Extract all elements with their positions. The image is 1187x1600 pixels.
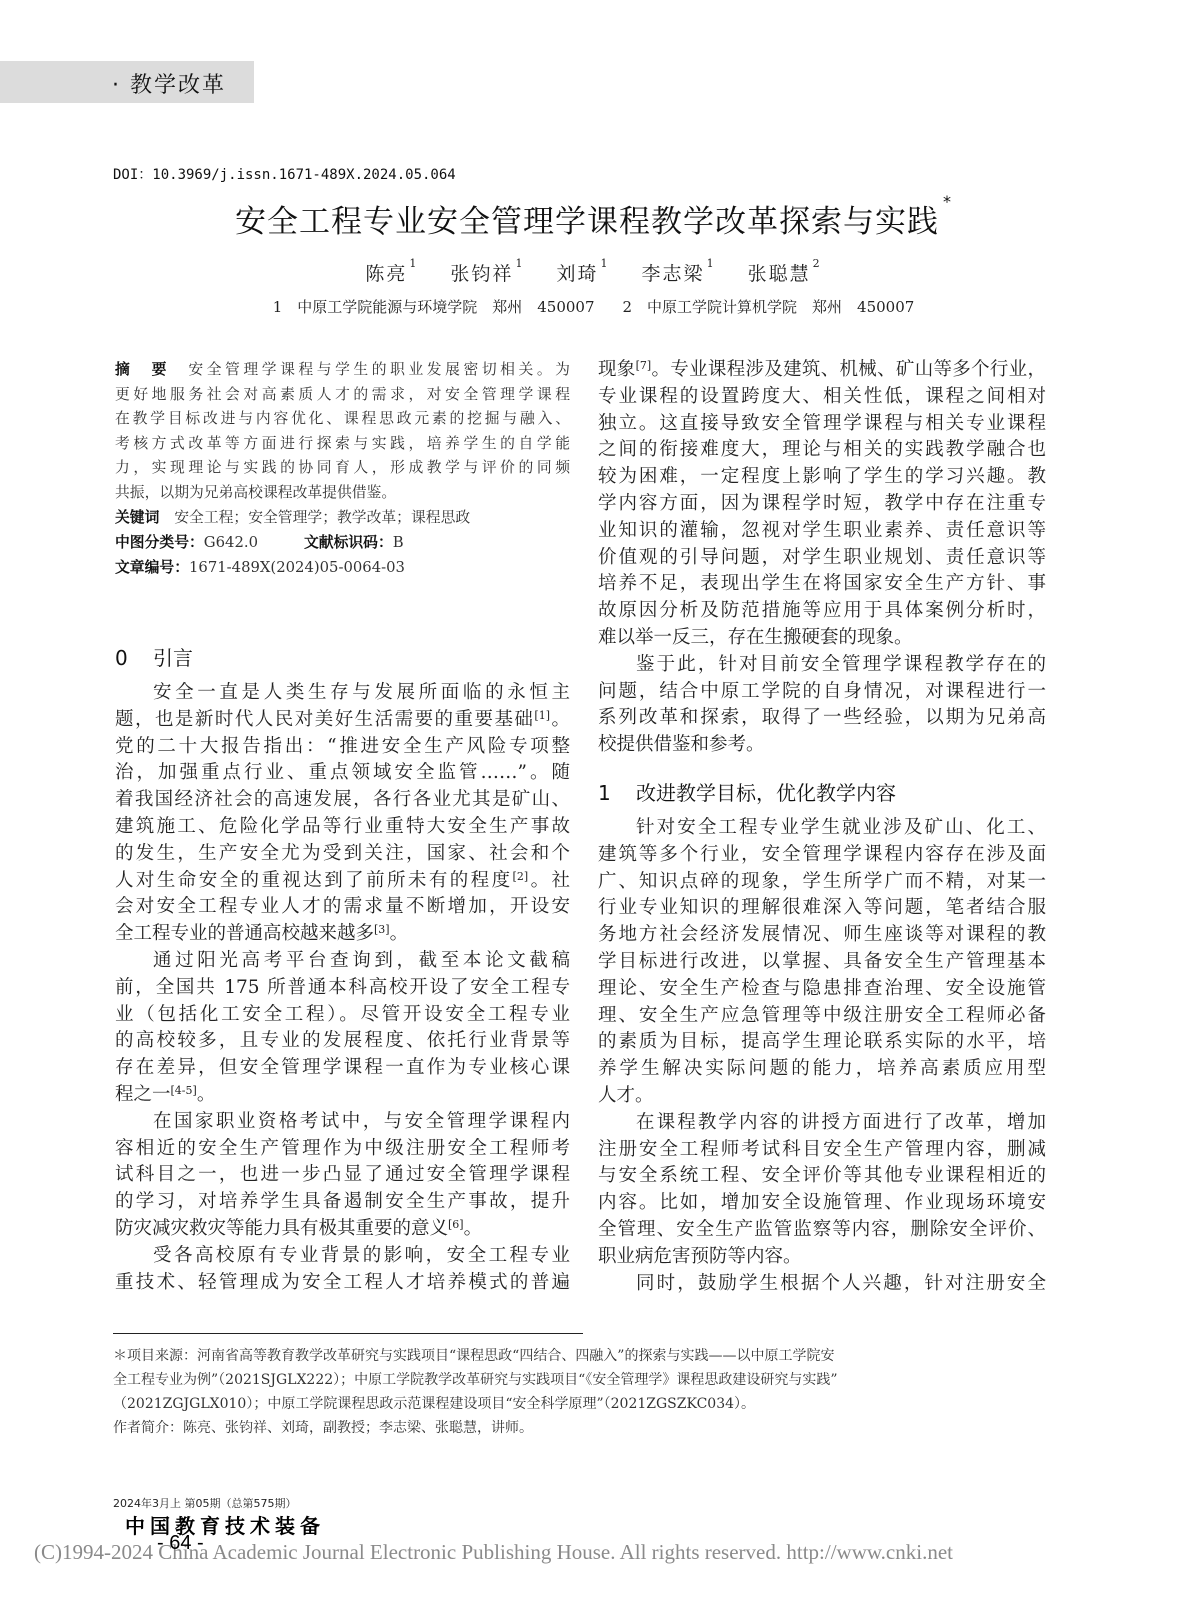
body-text: 问题，结合中原工学院的自身情况，对课程进行一 bbox=[598, 681, 1046, 702]
body-text: 。 bbox=[197, 1084, 216, 1105]
body-text-line: 培养不足，表现出学生在将国家安全生产方针、事 bbox=[598, 571, 1046, 598]
author-name: 陈亮 bbox=[365, 263, 407, 285]
body-text: 注册安全工程师考试科目安全生产管理内容，删减 bbox=[598, 1139, 1046, 1160]
body-text: 前，全国共 175 所普通本科高校开设了安全工程专 bbox=[115, 977, 570, 998]
body-text: 防灾减灾救灾等能力具有极其重要的意义 bbox=[115, 1218, 448, 1239]
section-category-band: · 教学改革 bbox=[0, 61, 254, 103]
right-body-a: 现象[7]。专业课程涉及建筑、机械、矿山等多个行业，专业课程的设置跨度大、相关性… bbox=[598, 357, 1046, 759]
body-text: 建筑施工、危险化学品等行业重特大安全生产事故 bbox=[115, 816, 570, 837]
section-title: 改进教学目标，优化教学内容 bbox=[636, 781, 896, 805]
body-text: 专业课程的设置跨度大、相关性低，课程之间相对 bbox=[598, 386, 1046, 407]
keywords-row: 关键词 安全工程；安全管理学；教学改革；课程思政 bbox=[115, 505, 570, 530]
keywords-value: 安全工程；安全管理学；教学改革；课程思政 bbox=[174, 509, 470, 526]
author: 张聪慧2 bbox=[748, 263, 822, 285]
affiliations: 1 中原工学院能源与环境学院 郑州 4500072 中原工学院计算机学院 郑州 … bbox=[0, 296, 1187, 317]
body-text: 试科目之一，也进一步凸显了通过安全管理学课程 bbox=[115, 1164, 570, 1185]
citation-ref: [3] bbox=[374, 923, 390, 936]
body-text: 存在差异，但安全管理学课程一直作为专业核心课 bbox=[115, 1057, 570, 1078]
body-text: 独立。这直接导致安全管理学课程与相关专业课程 bbox=[598, 413, 1046, 434]
body-text-line: 会对安全工程专业人才的需求量不断增加，开设安 bbox=[115, 894, 570, 921]
body-text: 务地方社会经济发展情况、师生座谈等对课程的教 bbox=[598, 924, 1046, 945]
author-name: 刘琦 bbox=[556, 263, 598, 285]
body-text-line: 防灾减灾救灾等能力具有极其重要的意义[6]。 bbox=[115, 1216, 570, 1243]
body-text: 重技术、轻管理成为安全工程人才培养模式的普遍 bbox=[115, 1272, 570, 1293]
left-body: 安全一直是人类生存与发展所面临的永恒主题，也是新时代人民对美好生活需要的重要基础… bbox=[115, 680, 570, 1296]
body-text: 理、安全生产应急管理等中级注册安全工程师必备 bbox=[598, 1005, 1046, 1026]
author-name: 张钧祥 bbox=[450, 263, 513, 285]
body-text-line: 同时，鼓励学生根据个人兴趣，针对注册安全 bbox=[598, 1271, 1046, 1298]
affiliation-1: 1 中原工学院能源与环境学院 郑州 450007 bbox=[273, 298, 595, 316]
body-text-line: 职业病危害预防等内容。 bbox=[598, 1244, 1046, 1271]
author-affiliation-mark: 2 bbox=[813, 257, 822, 270]
body-text-line: 全管理、安全生产监管监察等内容，删除安全评价、 bbox=[598, 1217, 1046, 1244]
abstract-line: 共振，以期为兄弟高校课程改革提供借鉴。 bbox=[115, 481, 570, 506]
funding-note-line: 全工程专业为例”（2021SJGLX222）；中原工学院教学改革研究与实践项目“… bbox=[113, 1369, 1043, 1389]
body-text: 的学习，对培养学生具备遏制安全生产事故，提升 bbox=[115, 1191, 570, 1212]
section-heading-0: 0引言 bbox=[115, 642, 193, 671]
body-text: 人才。 bbox=[598, 1085, 654, 1106]
body-text: 的高校较多，且专业的发展程度、依托行业背景等 bbox=[115, 1030, 570, 1051]
body-text: 的素质为目标，提高学生理论联系实际的水平，培 bbox=[598, 1031, 1046, 1052]
author-affiliation-mark: 1 bbox=[515, 257, 524, 270]
body-text-line: 较为困难，一定程度上影响了学生的学习兴趣。教 bbox=[598, 464, 1046, 491]
keywords-label: 关键词 bbox=[115, 509, 159, 526]
body-text: 现象 bbox=[598, 359, 636, 380]
body-text-line: 针对安全工程专业学生就业涉及矿山、化工、 bbox=[598, 815, 1046, 842]
article-title-text: 安全工程专业安全管理学课程教学改革探索与实践 bbox=[235, 204, 939, 240]
body-text: 同时，鼓励学生根据个人兴趣，针对注册安全 bbox=[636, 1273, 1046, 1294]
section-number: 1 bbox=[598, 781, 636, 805]
body-text-line: 受各高校原有专业背景的影响，安全工程专业 bbox=[115, 1243, 570, 1270]
body-text-line: 在课程教学内容的讲授方面进行了改革，增加 bbox=[598, 1110, 1046, 1137]
body-text-line: 试科目之一，也进一步凸显了通过安全管理学课程 bbox=[115, 1162, 570, 1189]
body-text: 的发生，生产安全尤为受到关注，国家、社会和个 bbox=[115, 843, 570, 864]
body-text-line: 行业专业知识的理解很难深入等问题，笔者结合服 bbox=[598, 895, 1046, 922]
body-text-line: 系列改革和探索，取得了一些经验，以期为兄弟高 bbox=[598, 705, 1046, 732]
issue-info: 2024年3月上 第05期（总第575期） bbox=[113, 1495, 296, 1511]
body-text: 之间的衔接难度大，理论与相关的实践教学融合也 bbox=[598, 439, 1046, 460]
footnote-separator bbox=[113, 1333, 583, 1334]
body-text: 校提供借鉴和参考。 bbox=[598, 734, 765, 755]
body-text-line: 前，全国共 175 所普通本科高校开设了安全工程专 bbox=[115, 975, 570, 1002]
body-text-line: 通过阳光高考平台查询到，截至本论文截稿 bbox=[115, 948, 570, 975]
body-text-line: 价值观的引导问题，对学生职业规划、责任意识等 bbox=[598, 545, 1046, 572]
citation-ref: [4-5] bbox=[171, 1084, 197, 1097]
body-text-line: 的素质为目标，提高学生理论联系实际的水平，培 bbox=[598, 1029, 1046, 1056]
body-text-line: 建筑等多个行业，安全管理学课程内容存在涉及面 bbox=[598, 842, 1046, 869]
body-text-line: 校提供借鉴和参考。 bbox=[598, 732, 1046, 759]
body-text: 学内容方面，因为课程学时短，教学中存在注重专 bbox=[598, 493, 1046, 514]
body-text-line: 存在差异，但安全管理学课程一直作为专业核心课 bbox=[115, 1055, 570, 1082]
body-text: 故原因分析及防范措施等应用于具体案例分析时， bbox=[598, 600, 1046, 621]
author-affiliation-mark: 1 bbox=[601, 257, 610, 270]
body-text-line: 问题，结合中原工学院的自身情况，对课程进行一 bbox=[598, 679, 1046, 706]
body-text: 。 bbox=[550, 709, 570, 730]
body-text-line: 故原因分析及防范措施等应用于具体案例分析时， bbox=[598, 598, 1046, 625]
body-text: 全工程专业的普通高校越来越多 bbox=[115, 923, 374, 944]
citation-ref: [2] bbox=[513, 870, 529, 883]
author: 陈亮1 bbox=[365, 263, 418, 285]
abstract-line: 摘 要 安全管理学课程与学生的职业发展密切相关。为 bbox=[115, 358, 570, 383]
body-text-line: 业知识的灌输，忽视对学生职业素养、责任意识等 bbox=[598, 518, 1046, 545]
body-text-line: 学目标进行改进，以掌握、具备安全生产管理基本 bbox=[598, 949, 1046, 976]
body-text-line: 鉴于此，针对目前安全管理学课程教学存在的 bbox=[598, 652, 1046, 679]
affiliation-2: 2 中原工学院计算机学院 郑州 450007 bbox=[623, 298, 915, 316]
body-text-line: 党的二十大报告指出：“推进安全生产风险专项整 bbox=[115, 734, 570, 761]
section-heading-1: 1改进教学目标，优化教学内容 bbox=[598, 777, 896, 806]
citation-ref: [7] bbox=[636, 359, 652, 372]
body-text-line: 人才。 bbox=[598, 1083, 1046, 1110]
author-affiliation-mark: 1 bbox=[707, 257, 716, 270]
body-text: 。社 bbox=[528, 870, 570, 891]
abstract-label: 摘 要 bbox=[115, 361, 170, 378]
body-text: 针对安全工程专业学生就业涉及矿山、化工、 bbox=[636, 817, 1046, 838]
body-text: 内容。比如，增加安全设施管理、作业现场环境安 bbox=[598, 1192, 1046, 1213]
body-text-line: 建筑施工、危险化学品等行业重特大安全生产事故 bbox=[115, 814, 570, 841]
body-text: 在国家职业资格考试中，与安全管理学课程内 bbox=[153, 1111, 570, 1132]
body-text-line: 的学习，对培养学生具备遏制安全生产事故，提升 bbox=[115, 1189, 570, 1216]
body-text: 培养不足，表现出学生在将国家安全生产方针、事 bbox=[598, 573, 1046, 594]
body-text-line: 与安全系统工程、安全评价等其他专业课程相近的 bbox=[598, 1163, 1046, 1190]
right-body-b: 针对安全工程专业学生就业涉及矿山、化工、建筑等多个行业，安全管理学课程内容存在涉… bbox=[598, 815, 1046, 1297]
body-text-line: 现象[7]。专业课程涉及建筑、机械、矿山等多个行业， bbox=[598, 357, 1046, 384]
body-text: 全管理、安全生产监管监察等内容，删除安全评价、 bbox=[598, 1219, 1046, 1240]
body-text: 理论、安全生产检查与隐患排查治理、安全设施管 bbox=[598, 978, 1046, 999]
body-text-line: 治，加强重点行业、重点领域安全监管……”。随 bbox=[115, 760, 570, 787]
body-text-line: 的发生，生产安全尤为受到关注，国家、社会和个 bbox=[115, 841, 570, 868]
body-text-line: 注册安全工程师考试科目安全生产管理内容，删减 bbox=[598, 1137, 1046, 1164]
body-text-line: 重技术、轻管理成为安全工程人才培养模式的普遍 bbox=[115, 1270, 570, 1297]
body-text-line: 程之一[4-5]。 bbox=[115, 1082, 570, 1109]
body-text-line: 在国家职业资格考试中，与安全管理学课程内 bbox=[115, 1109, 570, 1136]
body-text: 难以举一反三，存在生搬硬套的现象。 bbox=[598, 627, 913, 648]
author-name: 李志梁 bbox=[642, 263, 705, 285]
body-text: 学目标进行改进，以掌握、具备安全生产管理基本 bbox=[598, 951, 1046, 972]
body-text: 职业病危害预防等内容。 bbox=[598, 1246, 802, 1267]
title-footnote-mark: * bbox=[943, 192, 952, 211]
clc-value: G642.0 bbox=[204, 534, 258, 551]
abstract-line: 在教学目标改进与内容优化、课程思政元素的挖掘与融入、 bbox=[115, 407, 570, 432]
article-number-row: 文章编号：1671-489X(2024)05-0064-03 bbox=[115, 555, 570, 580]
body-text-line: 之间的衔接难度大，理论与相关的实践教学融合也 bbox=[598, 437, 1046, 464]
body-text-line: 理、安全生产应急管理等中级注册安全工程师必备 bbox=[598, 1003, 1046, 1030]
body-text: 。 bbox=[390, 923, 409, 944]
body-text: 会对安全工程专业人才的需求量不断增加，开设安 bbox=[115, 896, 570, 917]
funding-note-line: （2021ZGJGLX010）；中原工学院课程思政示范课程建设项目“安全科学原理… bbox=[113, 1393, 1043, 1413]
body-text-line: 容相近的安全生产管理作为中级注册安全工程师考 bbox=[115, 1136, 570, 1163]
body-text: 党的二十大报告指出：“推进安全生产风险专项整 bbox=[115, 736, 570, 757]
body-text: 养学生解决实际问题的能力，培养高素质应用型 bbox=[598, 1058, 1046, 1079]
body-text-line: 广、知识点碎的现象，学生所学广而不精，对某一 bbox=[598, 869, 1046, 896]
author-affiliation-mark: 1 bbox=[409, 257, 418, 270]
body-text-line: 题，也是新时代人民对美好生活需要的重要基础[1]。 bbox=[115, 707, 570, 734]
author: 刘琦1 bbox=[556, 263, 609, 285]
body-text: 容相近的安全生产管理作为中级注册安全工程师考 bbox=[115, 1138, 570, 1159]
abstract-line: 考核方式改革等方面进行探索与实践，培养学生的自学能 bbox=[115, 432, 570, 457]
body-text: 治，加强重点行业、重点领域安全监管……”。随 bbox=[115, 762, 570, 783]
abstract-line: 更好地服务社会对高素质人才的需求，对安全管理学课程 bbox=[115, 383, 570, 408]
citation-ref: [6] bbox=[448, 1218, 464, 1231]
body-text-line: 业（包括化工安全工程）。尽管开设安全工程专业 bbox=[115, 1002, 570, 1029]
author-list: 陈亮1 张钧祥1 刘琦1 李志梁1 张聪慧2 bbox=[0, 259, 1187, 286]
body-text: 在课程教学内容的讲授方面进行了改革，增加 bbox=[636, 1112, 1046, 1133]
article-title: 安全工程专业安全管理学课程教学改革探索与实践* bbox=[0, 196, 1187, 241]
body-text: 安全一直是人类生存与发展所面临的永恒主 bbox=[153, 682, 570, 703]
body-text-line: 理论、安全生产检查与隐患排查治理、安全设施管 bbox=[598, 976, 1046, 1003]
body-text: 通过阳光高考平台查询到，截至本论文截稿 bbox=[153, 950, 570, 971]
journal-name: 中国教育技术装备 bbox=[125, 1510, 325, 1539]
section-title: 引言 bbox=[153, 646, 193, 670]
body-text: 系列改革和探索，取得了一些经验，以期为兄弟高 bbox=[598, 707, 1046, 728]
body-text-line: 着我国经济社会的高速发展，各行各业尤其是矿山、 bbox=[115, 787, 570, 814]
body-text-line: 务地方社会经济发展情况、师生座谈等对课程的教 bbox=[598, 922, 1046, 949]
body-text-line: 全工程专业的普通高校越来越多[3]。 bbox=[115, 921, 570, 948]
body-text: 价值观的引导问题，对学生职业规划、责任意识等 bbox=[598, 547, 1046, 568]
body-text-line: 独立。这直接导致安全管理学课程与相关专业课程 bbox=[598, 411, 1046, 438]
body-text: 。 bbox=[464, 1218, 483, 1239]
funding-note-line: ＊项目来源：河南省高等教育教学改革研究与实践项目“课程思政“四结合、四融入”的探… bbox=[113, 1345, 1043, 1365]
author: 张钧祥1 bbox=[450, 263, 524, 285]
body-text-line: 内容。比如，增加安全设施管理、作业现场环境安 bbox=[598, 1190, 1046, 1217]
classification-row: 中图分类号：G642.0文献标识码：B bbox=[115, 530, 570, 555]
body-text: 业（包括化工安全工程）。尽管开设安全工程专业 bbox=[115, 1004, 570, 1025]
body-text-line: 专业课程的设置跨度大、相关性低，课程之间相对 bbox=[598, 384, 1046, 411]
body-text-line: 学内容方面，因为课程学时短，教学中存在注重专 bbox=[598, 491, 1046, 518]
body-text: 程之一 bbox=[115, 1084, 171, 1105]
body-text: 与安全系统工程、安全评价等其他专业课程相近的 bbox=[598, 1165, 1046, 1186]
body-text: 广、知识点碎的现象，学生所学广而不精，对某一 bbox=[598, 871, 1046, 892]
author-bio: 作者简介：陈亮、张钧祥、刘琦，副教授；李志梁、张聪慧，讲师。 bbox=[113, 1417, 1043, 1437]
body-text: 业知识的灌输，忽视对学生职业素养、责任意识等 bbox=[598, 520, 1046, 541]
body-text: 较为困难，一定程度上影响了学生的学习兴趣。教 bbox=[598, 466, 1046, 487]
body-text-line: 的高校较多，且专业的发展程度、依托行业背景等 bbox=[115, 1028, 570, 1055]
body-text: 建筑等多个行业，安全管理学课程内容存在涉及面 bbox=[598, 844, 1046, 865]
body-text: 着我国经济社会的高速发展，各行各业尤其是矿山、 bbox=[115, 789, 570, 810]
clc-label: 中图分类号： bbox=[115, 534, 204, 551]
article-number-label: 文章编号： bbox=[115, 559, 189, 576]
page-number: - 64 - bbox=[157, 1532, 204, 1555]
doc-code-label: 文献标识码： bbox=[304, 534, 393, 551]
body-text-line: 安全一直是人类生存与发展所面临的永恒主 bbox=[115, 680, 570, 707]
author: 李志梁1 bbox=[642, 263, 716, 285]
citation-ref: [1] bbox=[534, 709, 550, 722]
section-number: 0 bbox=[115, 646, 153, 670]
body-text: 人对生命安全的重视达到了前所未有的程度 bbox=[115, 870, 513, 891]
doc-code-value: B bbox=[393, 534, 404, 551]
body-text: 。专业课程涉及建筑、机械、矿山等多个行业， bbox=[651, 359, 1046, 380]
section-category-label: · 教学改革 bbox=[112, 68, 226, 99]
abstract-line: 力，实现理论与实践的协同育人，形成教学与评价的同频 bbox=[115, 456, 570, 481]
author-name: 张聪慧 bbox=[748, 263, 811, 285]
body-text: 受各高校原有专业背景的影响，安全工程专业 bbox=[153, 1245, 570, 1266]
body-text-line: 养学生解决实际问题的能力，培养高素质应用型 bbox=[598, 1056, 1046, 1083]
body-text: 鉴于此，针对目前安全管理学课程教学存在的 bbox=[636, 654, 1046, 675]
abstract-text: 安全管理学课程与学生的职业发展密切相关。为 bbox=[188, 361, 570, 378]
doi: DOI：10.3969/j.issn.1671-489X.2024.05.064 bbox=[113, 164, 456, 184]
body-text-line: 人对生命安全的重视达到了前所未有的程度[2]。社 bbox=[115, 868, 570, 895]
body-text: 题，也是新时代人民对美好生活需要的重要基础 bbox=[115, 709, 534, 730]
body-text: 行业专业知识的理解很难深入等问题，笔者结合服 bbox=[598, 897, 1046, 918]
abstract-block: 摘 要 安全管理学课程与学生的职业发展密切相关。为 更好地服务社会对高素质人才的… bbox=[115, 358, 570, 580]
body-text-line: 难以举一反三，存在生搬硬套的现象。 bbox=[598, 625, 1046, 652]
article-number-value: 1671-489X(2024)05-0064-03 bbox=[189, 559, 405, 576]
